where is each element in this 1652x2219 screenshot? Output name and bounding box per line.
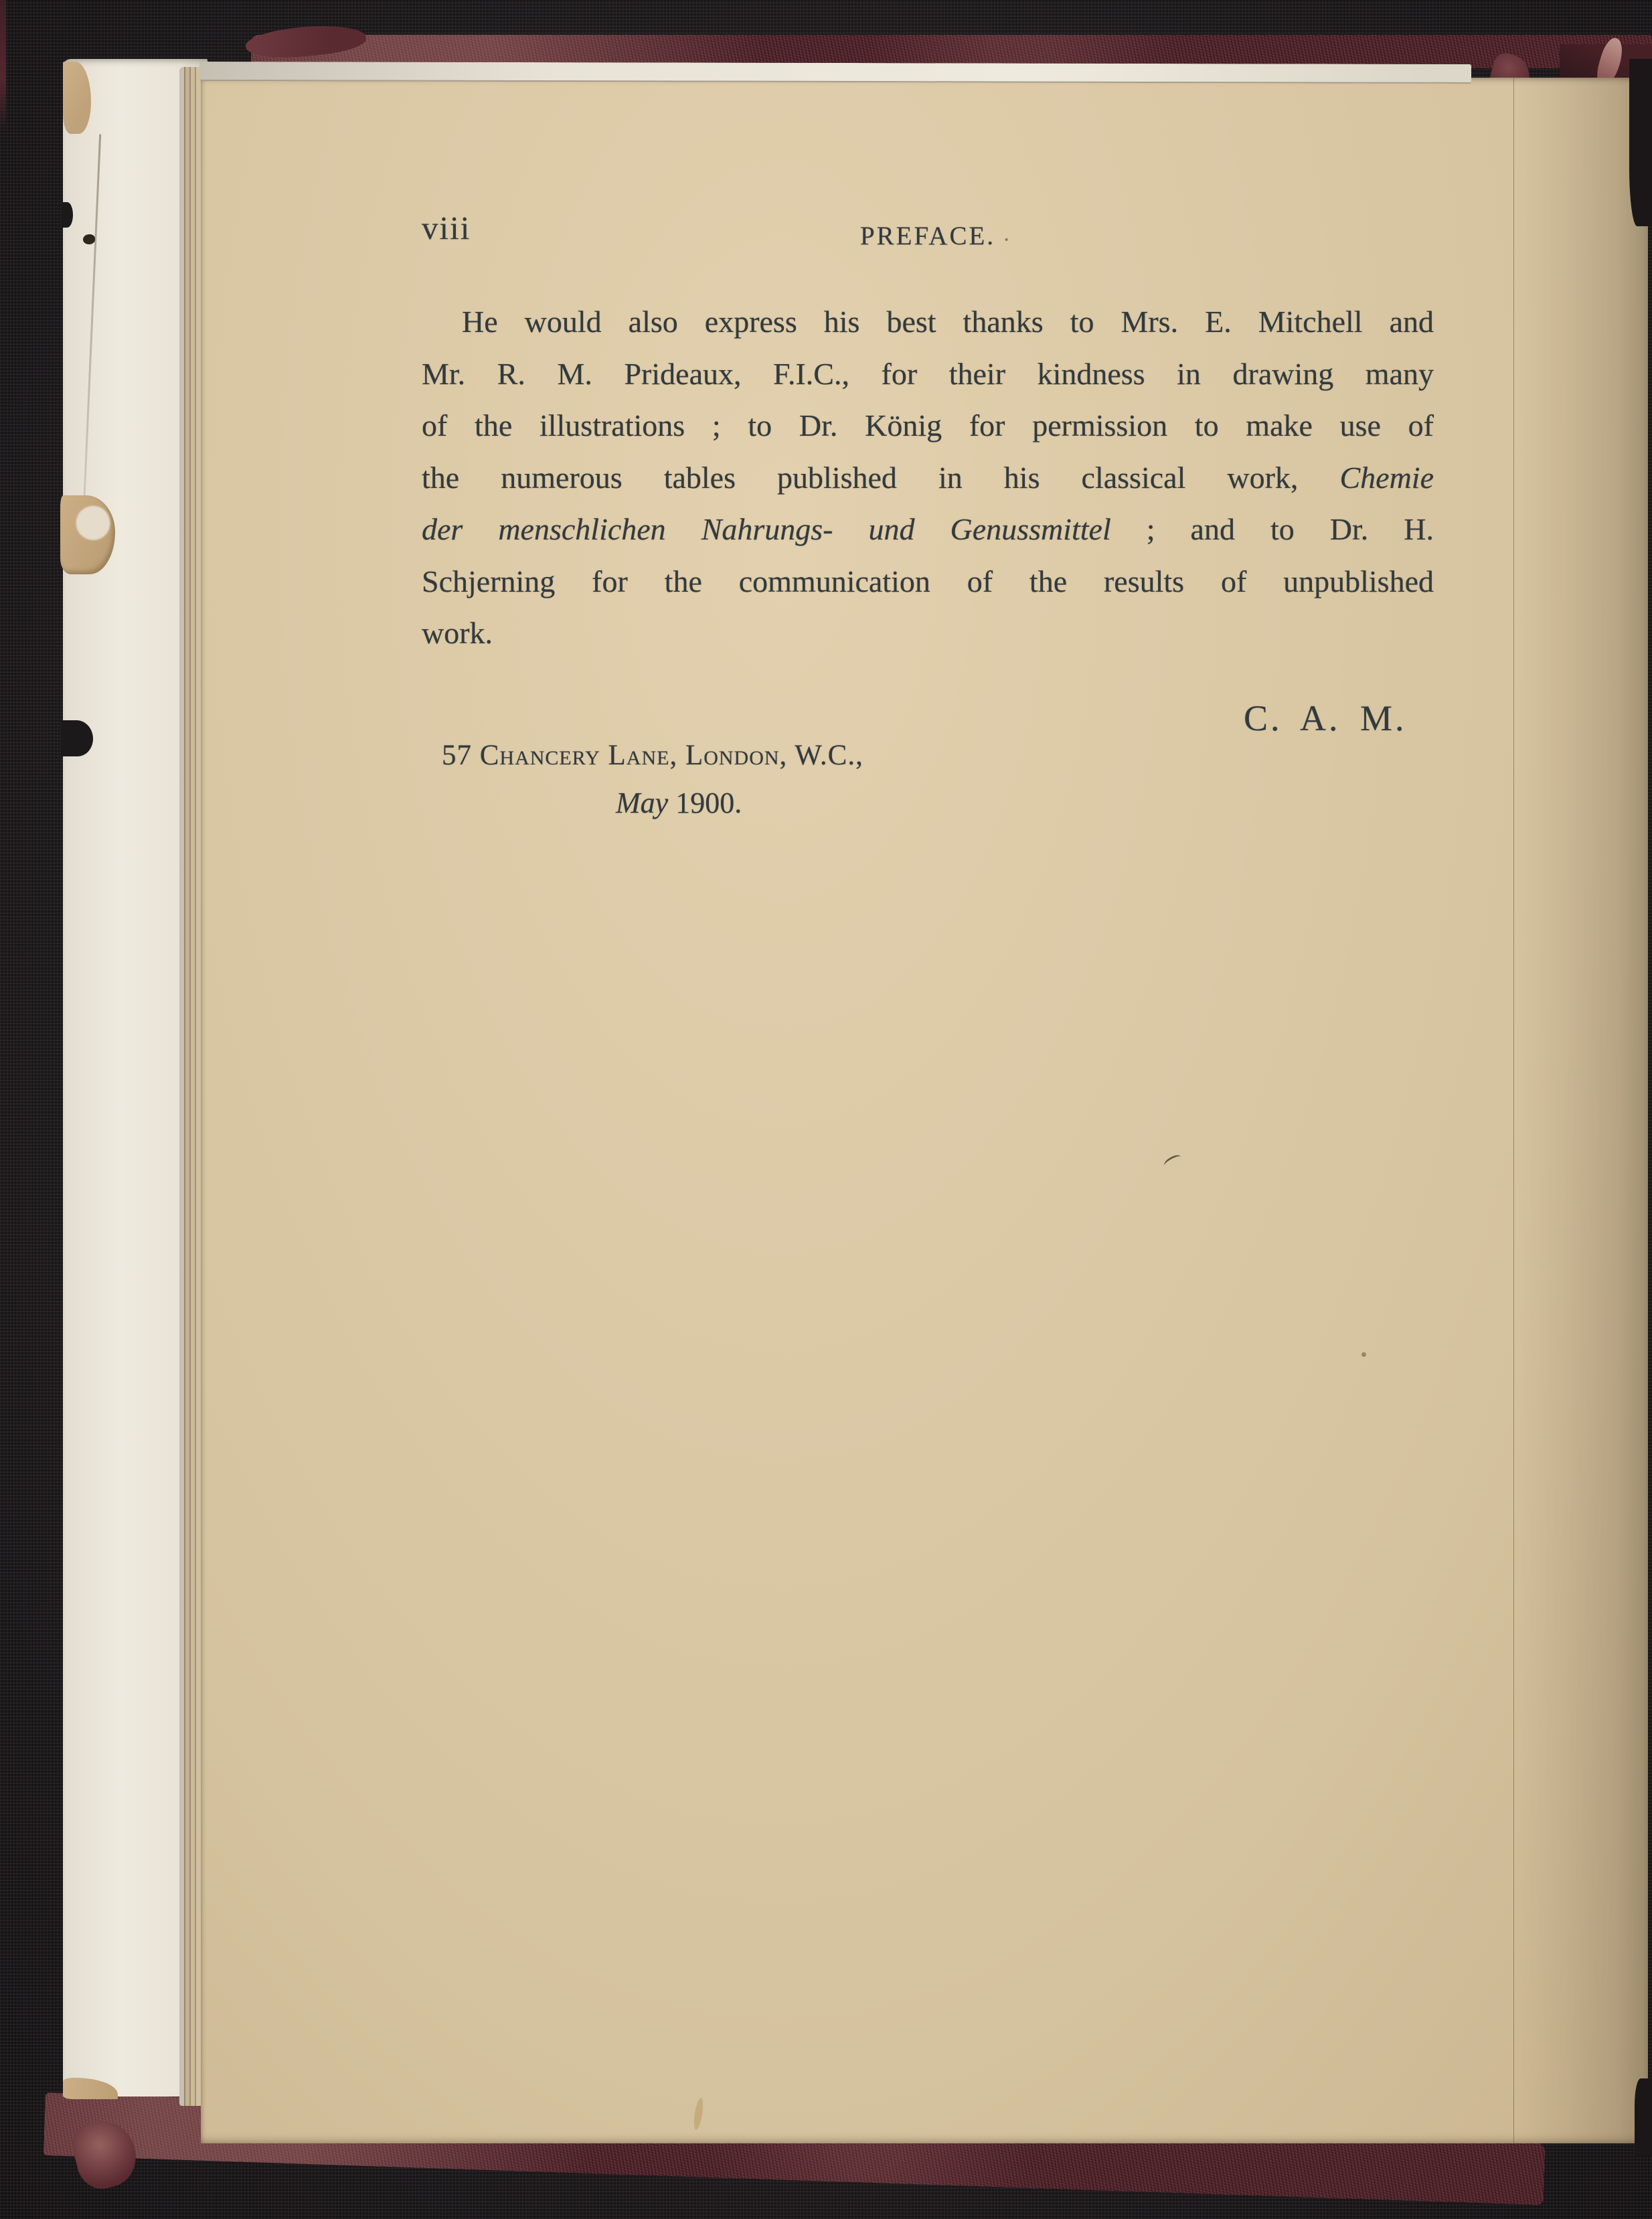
line-text: ; and to Dr. H. [1111,512,1434,546]
signature-initials: C. A. M. [1244,697,1407,739]
preface-paragraph: He would also express his best thanks to… [422,296,1434,659]
photo-background: viii PREFACE. · He would also express hi… [0,0,1652,2219]
endpaper-notch-small [62,202,73,228]
cover-left-edge-sliver [0,0,6,131]
line-text: of the illustrations ; to Dr. König for … [422,408,1434,442]
line-text: Mr. R. M. Prideaux, F.I.C., for their ki… [422,357,1434,391]
endpaper-tear-top [63,62,91,134]
book-page: viii PREFACE. · He would also express hi… [201,78,1648,2143]
italic-book-title-segment: der menschlichen Nahrungs- und Genussmit… [422,512,1111,546]
paragraph-line: der menschlichen Nahrungs- und Genussmit… [422,503,1434,556]
header-stray-mark: · [1003,228,1010,253]
endpaper-tear-bottom [63,2078,118,2099]
paragraph-line: of the illustrations ; to Dr. König for … [422,400,1434,452]
date-month-italic: May [616,787,668,819]
page-stain [692,2097,704,2130]
address-line: 57 Chancery Lane, London, W.C., [442,739,863,772]
background-wedge-bottom-right [1635,2078,1652,2155]
line-text: Schjerning for the communication of the … [422,564,1434,598]
line-text: He would also express his best thanks to… [462,305,1434,339]
date-year: 1900. [668,787,742,819]
ink-squiggle-mark [1163,1153,1183,1169]
background-wedge-top-right [1629,59,1652,226]
endpaper-tear-middle [60,495,115,574]
paragraph-line: work. [422,607,1434,659]
endpaper-dark-speck [83,234,95,244]
date-line: May 1900. [616,786,742,820]
paragraph-line: the numerous tables published in his cla… [422,452,1434,504]
endpaper-notch-large [61,720,93,756]
italic-book-title-segment: Chemie [1339,461,1434,495]
line-text: work. [422,616,493,650]
page-top-edges-sliver [199,62,1471,84]
page-right-curl-shadow [1513,78,1648,2143]
paragraph-line: Mr. R. M. Prideaux, F.I.C., for their ki… [422,348,1434,400]
paragraph-line: He would also express his best thanks to… [422,296,1434,348]
line-text: the numerous tables published in his cla… [422,461,1339,495]
running-header: PREFACE. [422,221,1434,251]
endpaper-crack-line [83,134,101,509]
paragraph-line: Schjerning for the communication of the … [422,556,1434,608]
page-speck [1361,1352,1366,1357]
cover-frayed-left-end [244,21,367,63]
